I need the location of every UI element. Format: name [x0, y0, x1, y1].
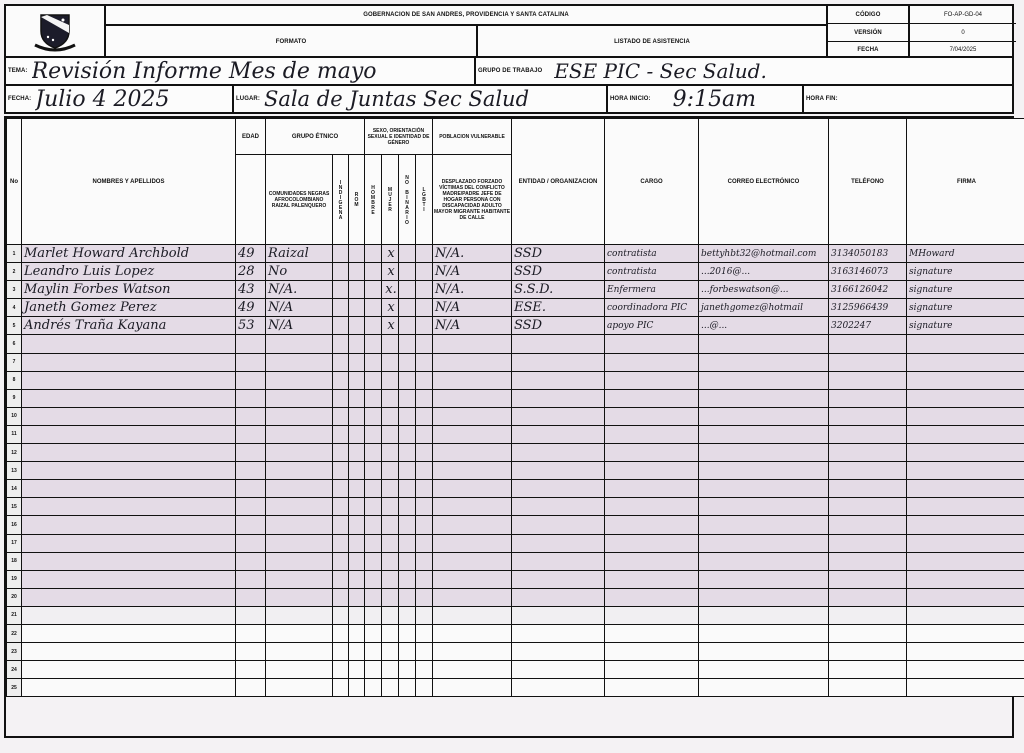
poblacion-cell[interactable] [433, 679, 512, 697]
etnico-cell[interactable]: N/A. [266, 281, 333, 299]
no-binario-cell[interactable] [399, 570, 416, 588]
correo-cell[interactable] [699, 444, 829, 462]
poblacion-cell[interactable] [433, 480, 512, 498]
rom-cell[interactable] [349, 534, 365, 552]
poblacion-cell[interactable] [433, 498, 512, 516]
cargo-cell[interactable] [605, 624, 699, 642]
mujer-cell[interactable] [382, 407, 399, 425]
edad-cell[interactable] [236, 552, 266, 570]
firma-cell[interactable] [907, 516, 1024, 534]
firma-cell[interactable]: signature [907, 317, 1024, 335]
edad-cell[interactable] [236, 534, 266, 552]
poblacion-cell[interactable] [433, 643, 512, 661]
no-binario-cell[interactable] [399, 444, 416, 462]
correo-cell[interactable] [699, 588, 829, 606]
etnico-cell[interactable] [266, 371, 333, 389]
nombre-cell[interactable] [22, 552, 236, 570]
etnico-cell[interactable] [266, 425, 333, 443]
indigena-cell[interactable] [333, 480, 349, 498]
edad-cell[interactable] [236, 498, 266, 516]
nombre-cell[interactable] [22, 462, 236, 480]
firma-cell[interactable] [907, 389, 1024, 407]
mujer-cell[interactable] [382, 335, 399, 353]
correo-cell[interactable] [699, 425, 829, 443]
no-binario-cell[interactable] [399, 552, 416, 570]
lgbti-cell[interactable] [416, 425, 433, 443]
no-binario-cell[interactable] [399, 498, 416, 516]
correo-cell[interactable]: ...@... [699, 317, 829, 335]
edad-cell[interactable]: 28 [236, 263, 266, 281]
firma-cell[interactable] [907, 552, 1024, 570]
indigena-cell[interactable] [333, 552, 349, 570]
cargo-cell[interactable] [605, 462, 699, 480]
telefono-cell[interactable] [829, 498, 907, 516]
cargo-cell[interactable]: contratista [605, 245, 699, 263]
poblacion-cell[interactable] [433, 588, 512, 606]
mujer-cell[interactable]: x [382, 263, 399, 281]
no-binario-cell[interactable] [399, 317, 416, 335]
lgbti-cell[interactable] [416, 570, 433, 588]
no-binario-cell[interactable] [399, 263, 416, 281]
lgbti-cell[interactable] [416, 643, 433, 661]
correo-cell[interactable]: ...2016@... [699, 263, 829, 281]
telefono-cell[interactable] [829, 570, 907, 588]
telefono-cell[interactable] [829, 389, 907, 407]
nombre-cell[interactable] [22, 624, 236, 642]
rom-cell[interactable] [349, 516, 365, 534]
poblacion-cell[interactable] [433, 389, 512, 407]
no-binario-cell[interactable] [399, 425, 416, 443]
no-binario-cell[interactable] [399, 353, 416, 371]
mujer-cell[interactable] [382, 516, 399, 534]
firma-cell[interactable] [907, 407, 1024, 425]
lgbti-cell[interactable] [416, 335, 433, 353]
mujer-cell[interactable] [382, 588, 399, 606]
telefono-cell[interactable] [829, 516, 907, 534]
rom-cell[interactable] [349, 462, 365, 480]
correo-cell[interactable] [699, 552, 829, 570]
indigena-cell[interactable] [333, 516, 349, 534]
no-binario-cell[interactable] [399, 679, 416, 697]
telefono-cell[interactable] [829, 679, 907, 697]
rom-cell[interactable] [349, 480, 365, 498]
entidad-cell[interactable] [512, 335, 605, 353]
edad-cell[interactable] [236, 480, 266, 498]
hombre-cell[interactable] [365, 263, 382, 281]
nombre-cell[interactable]: Maylin Forbes Watson [22, 281, 236, 299]
cargo-cell[interactable]: contratista [605, 263, 699, 281]
hombre-cell[interactable] [365, 353, 382, 371]
entidad-cell[interactable] [512, 516, 605, 534]
nombre-cell[interactable] [22, 588, 236, 606]
hombre-cell[interactable] [365, 245, 382, 263]
cargo-cell[interactable] [605, 353, 699, 371]
indigena-cell[interactable] [333, 462, 349, 480]
indigena-cell[interactable] [333, 407, 349, 425]
lgbti-cell[interactable] [416, 389, 433, 407]
telefono-cell[interactable] [829, 371, 907, 389]
edad-cell[interactable] [236, 462, 266, 480]
hombre-cell[interactable] [365, 281, 382, 299]
poblacion-cell[interactable] [433, 371, 512, 389]
nombre-cell[interactable] [22, 444, 236, 462]
poblacion-cell[interactable] [433, 624, 512, 642]
entidad-cell[interactable] [512, 643, 605, 661]
cargo-cell[interactable] [605, 425, 699, 443]
poblacion-cell[interactable] [433, 534, 512, 552]
entidad-cell[interactable]: SSD [512, 263, 605, 281]
indigena-cell[interactable] [333, 425, 349, 443]
entidad-cell[interactable] [512, 425, 605, 443]
cargo-cell[interactable] [605, 480, 699, 498]
rom-cell[interactable] [349, 353, 365, 371]
lgbti-cell[interactable] [416, 552, 433, 570]
lgbti-cell[interactable] [416, 480, 433, 498]
entidad-cell[interactable] [512, 588, 605, 606]
indigena-cell[interactable] [333, 534, 349, 552]
etnico-cell[interactable] [266, 389, 333, 407]
entidad-cell[interactable] [512, 480, 605, 498]
etnico-cell[interactable] [266, 462, 333, 480]
rom-cell[interactable] [349, 335, 365, 353]
lgbti-cell[interactable] [416, 534, 433, 552]
lgbti-cell[interactable] [416, 624, 433, 642]
telefono-cell[interactable] [829, 335, 907, 353]
mujer-cell[interactable] [382, 570, 399, 588]
no-binario-cell[interactable] [399, 281, 416, 299]
correo-cell[interactable]: janethgomez@hotmail [699, 299, 829, 317]
hombre-cell[interactable] [365, 407, 382, 425]
lgbti-cell[interactable] [416, 606, 433, 624]
firma-cell[interactable] [907, 335, 1024, 353]
entidad-cell[interactable]: SSD [512, 317, 605, 335]
edad-cell[interactable] [236, 606, 266, 624]
entidad-cell[interactable]: SSD [512, 245, 605, 263]
entidad-cell[interactable] [512, 661, 605, 679]
etnico-cell[interactable] [266, 588, 333, 606]
firma-cell[interactable] [907, 588, 1024, 606]
rom-cell[interactable] [349, 281, 365, 299]
indigena-cell[interactable] [333, 353, 349, 371]
rom-cell[interactable] [349, 498, 365, 516]
hombre-cell[interactable] [365, 444, 382, 462]
hombre-cell[interactable] [365, 570, 382, 588]
correo-cell[interactable] [699, 407, 829, 425]
mujer-cell[interactable] [382, 643, 399, 661]
telefono-cell[interactable]: 3163146073 [829, 263, 907, 281]
firma-cell[interactable] [907, 661, 1024, 679]
no-binario-cell[interactable] [399, 643, 416, 661]
correo-cell[interactable] [699, 643, 829, 661]
lugar-field[interactable]: LUGAR: Sala de Juntas Sec Salud [234, 86, 608, 112]
nombre-cell[interactable] [22, 371, 236, 389]
entidad-cell[interactable] [512, 353, 605, 371]
etnico-cell[interactable] [266, 335, 333, 353]
no-binario-cell[interactable] [399, 371, 416, 389]
lgbti-cell[interactable] [416, 317, 433, 335]
nombre-cell[interactable]: Janeth Gomez Perez [22, 299, 236, 317]
mujer-cell[interactable] [382, 534, 399, 552]
mujer-cell[interactable] [382, 480, 399, 498]
poblacion-cell[interactable]: N/A [433, 317, 512, 335]
mujer-cell[interactable]: x [382, 317, 399, 335]
nombre-cell[interactable] [22, 498, 236, 516]
firma-cell[interactable] [907, 480, 1024, 498]
indigena-cell[interactable] [333, 606, 349, 624]
no-binario-cell[interactable] [399, 516, 416, 534]
nombre-cell[interactable] [22, 407, 236, 425]
firma-cell[interactable] [907, 462, 1024, 480]
edad-cell[interactable] [236, 425, 266, 443]
indigena-cell[interactable] [333, 661, 349, 679]
mujer-cell[interactable] [382, 425, 399, 443]
telefono-cell[interactable] [829, 643, 907, 661]
rom-cell[interactable] [349, 317, 365, 335]
hombre-cell[interactable] [365, 389, 382, 407]
correo-cell[interactable] [699, 462, 829, 480]
hombre-cell[interactable] [365, 643, 382, 661]
hombre-cell[interactable] [365, 588, 382, 606]
cargo-cell[interactable]: coordinadora PIC [605, 299, 699, 317]
rom-cell[interactable] [349, 679, 365, 697]
rom-cell[interactable] [349, 444, 365, 462]
entidad-cell[interactable] [512, 462, 605, 480]
etnico-cell[interactable]: No [266, 263, 333, 281]
lgbti-cell[interactable] [416, 353, 433, 371]
indigena-cell[interactable] [333, 299, 349, 317]
rom-cell[interactable] [349, 643, 365, 661]
lgbti-cell[interactable] [416, 679, 433, 697]
etnico-cell[interactable] [266, 516, 333, 534]
lgbti-cell[interactable] [416, 263, 433, 281]
mujer-cell[interactable]: x [382, 299, 399, 317]
firma-cell[interactable] [907, 498, 1024, 516]
mujer-cell[interactable]: x. [382, 281, 399, 299]
rom-cell[interactable] [349, 371, 365, 389]
lgbti-cell[interactable] [416, 462, 433, 480]
lgbti-cell[interactable] [416, 588, 433, 606]
nombre-cell[interactable]: Andrés Traña Kayana [22, 317, 236, 335]
hombre-cell[interactable] [365, 498, 382, 516]
edad-cell[interactable] [236, 371, 266, 389]
indigena-cell[interactable] [333, 335, 349, 353]
cargo-cell[interactable] [605, 643, 699, 661]
no-binario-cell[interactable] [399, 480, 416, 498]
correo-cell[interactable] [699, 371, 829, 389]
telefono-cell[interactable]: 3125966439 [829, 299, 907, 317]
entidad-cell[interactable]: ESE. [512, 299, 605, 317]
cargo-cell[interactable]: Enfermera [605, 281, 699, 299]
etnico-cell[interactable] [266, 624, 333, 642]
lgbti-cell[interactable] [416, 444, 433, 462]
correo-cell[interactable] [699, 389, 829, 407]
nombre-cell[interactable] [22, 335, 236, 353]
mujer-cell[interactable] [382, 389, 399, 407]
firma-cell[interactable] [907, 353, 1024, 371]
indigena-cell[interactable] [333, 281, 349, 299]
poblacion-cell[interactable] [433, 661, 512, 679]
no-binario-cell[interactable] [399, 606, 416, 624]
no-binario-cell[interactable] [399, 407, 416, 425]
poblacion-cell[interactable] [433, 462, 512, 480]
nombre-cell[interactable]: Leandro Luis Lopez [22, 263, 236, 281]
rom-cell[interactable] [349, 661, 365, 679]
edad-cell[interactable] [236, 353, 266, 371]
etnico-cell[interactable] [266, 679, 333, 697]
mujer-cell[interactable] [382, 661, 399, 679]
mujer-cell[interactable] [382, 606, 399, 624]
cargo-cell[interactable] [605, 534, 699, 552]
poblacion-cell[interactable] [433, 407, 512, 425]
cargo-cell[interactable] [605, 389, 699, 407]
cargo-cell[interactable] [605, 335, 699, 353]
firma-cell[interactable] [907, 624, 1024, 642]
telefono-cell[interactable] [829, 462, 907, 480]
hombre-cell[interactable] [365, 661, 382, 679]
entidad-cell[interactable] [512, 624, 605, 642]
mujer-cell[interactable] [382, 462, 399, 480]
hombre-cell[interactable] [365, 606, 382, 624]
indigena-cell[interactable] [333, 570, 349, 588]
rom-cell[interactable] [349, 407, 365, 425]
nombre-cell[interactable] [22, 353, 236, 371]
nombre-cell[interactable] [22, 534, 236, 552]
indigena-cell[interactable] [333, 245, 349, 263]
telefono-cell[interactable] [829, 552, 907, 570]
hora-fin-field[interactable]: HORA FIN: [804, 86, 1012, 112]
cargo-cell[interactable]: apoyo PIC [605, 317, 699, 335]
etnico-cell[interactable] [266, 643, 333, 661]
edad-cell[interactable] [236, 588, 266, 606]
indigena-cell[interactable] [333, 389, 349, 407]
poblacion-cell[interactable] [433, 425, 512, 443]
rom-cell[interactable] [349, 606, 365, 624]
firma-cell[interactable] [907, 425, 1024, 443]
edad-cell[interactable] [236, 661, 266, 679]
edad-cell[interactable] [236, 389, 266, 407]
poblacion-cell[interactable] [433, 444, 512, 462]
rom-cell[interactable] [349, 425, 365, 443]
poblacion-cell[interactable] [433, 335, 512, 353]
lgbti-cell[interactable] [416, 498, 433, 516]
no-binario-cell[interactable] [399, 624, 416, 642]
etnico-cell[interactable] [266, 444, 333, 462]
edad-cell[interactable] [236, 444, 266, 462]
lgbti-cell[interactable] [416, 299, 433, 317]
hombre-cell[interactable] [365, 425, 382, 443]
rom-cell[interactable] [349, 624, 365, 642]
etnico-cell[interactable] [266, 353, 333, 371]
no-binario-cell[interactable] [399, 299, 416, 317]
indigena-cell[interactable] [333, 588, 349, 606]
lgbti-cell[interactable] [416, 407, 433, 425]
correo-cell[interactable] [699, 516, 829, 534]
etnico-cell[interactable] [266, 570, 333, 588]
correo-cell[interactable] [699, 606, 829, 624]
firma-cell[interactable] [907, 444, 1024, 462]
correo-cell[interactable]: bettyhbt32@hotmail.com [699, 245, 829, 263]
cargo-cell[interactable] [605, 407, 699, 425]
telefono-cell[interactable] [829, 624, 907, 642]
mujer-cell[interactable] [382, 444, 399, 462]
telefono-cell[interactable]: 3166126042 [829, 281, 907, 299]
cargo-cell[interactable] [605, 661, 699, 679]
correo-cell[interactable] [699, 335, 829, 353]
grupo-trabajo-field[interactable]: GRUPO DE TRABAJO ESE PIC - Sec Salud. [476, 58, 1012, 84]
mujer-cell[interactable] [382, 679, 399, 697]
correo-cell[interactable] [699, 498, 829, 516]
no-binario-cell[interactable] [399, 245, 416, 263]
indigena-cell[interactable] [333, 498, 349, 516]
hora-inicio-field[interactable]: HORA INICIO: 9:15am [608, 86, 804, 112]
lgbti-cell[interactable] [416, 281, 433, 299]
correo-cell[interactable] [699, 661, 829, 679]
telefono-cell[interactable] [829, 407, 907, 425]
no-binario-cell[interactable] [399, 462, 416, 480]
nombre-cell[interactable] [22, 480, 236, 498]
etnico-cell[interactable] [266, 552, 333, 570]
nombre-cell[interactable] [22, 606, 236, 624]
poblacion-cell[interactable] [433, 353, 512, 371]
edad-cell[interactable] [236, 407, 266, 425]
cargo-cell[interactable] [605, 588, 699, 606]
rom-cell[interactable] [349, 389, 365, 407]
poblacion-cell[interactable] [433, 570, 512, 588]
poblacion-cell[interactable]: N/A [433, 299, 512, 317]
rom-cell[interactable] [349, 588, 365, 606]
telefono-cell[interactable] [829, 444, 907, 462]
telefono-cell[interactable] [829, 606, 907, 624]
mujer-cell[interactable] [382, 624, 399, 642]
entidad-cell[interactable]: S.S.D. [512, 281, 605, 299]
poblacion-cell[interactable]: N/A [433, 263, 512, 281]
telefono-cell[interactable]: 3202247 [829, 317, 907, 335]
hombre-cell[interactable] [365, 299, 382, 317]
entidad-cell[interactable] [512, 552, 605, 570]
entidad-cell[interactable] [512, 570, 605, 588]
edad-cell[interactable] [236, 516, 266, 534]
correo-cell[interactable] [699, 480, 829, 498]
cargo-cell[interactable] [605, 371, 699, 389]
rom-cell[interactable] [349, 299, 365, 317]
correo-cell[interactable] [699, 353, 829, 371]
mujer-cell[interactable] [382, 371, 399, 389]
fecha-field[interactable]: FECHA: Julio 4 2025 [6, 86, 234, 112]
edad-cell[interactable]: 53 [236, 317, 266, 335]
lgbti-cell[interactable] [416, 516, 433, 534]
telefono-cell[interactable] [829, 588, 907, 606]
lgbti-cell[interactable] [416, 371, 433, 389]
poblacion-cell[interactable] [433, 552, 512, 570]
nombre-cell[interactable] [22, 516, 236, 534]
hombre-cell[interactable] [365, 317, 382, 335]
edad-cell[interactable]: 43 [236, 281, 266, 299]
no-binario-cell[interactable] [399, 335, 416, 353]
hombre-cell[interactable] [365, 480, 382, 498]
rom-cell[interactable] [349, 570, 365, 588]
indigena-cell[interactable] [333, 643, 349, 661]
edad-cell[interactable] [236, 643, 266, 661]
rom-cell[interactable] [349, 263, 365, 281]
firma-cell[interactable] [907, 606, 1024, 624]
telefono-cell[interactable] [829, 353, 907, 371]
indigena-cell[interactable] [333, 317, 349, 335]
firma-cell[interactable] [907, 534, 1024, 552]
firma-cell[interactable]: signature [907, 263, 1024, 281]
edad-cell[interactable]: 49 [236, 299, 266, 317]
nombre-cell[interactable] [22, 679, 236, 697]
telefono-cell[interactable] [829, 661, 907, 679]
